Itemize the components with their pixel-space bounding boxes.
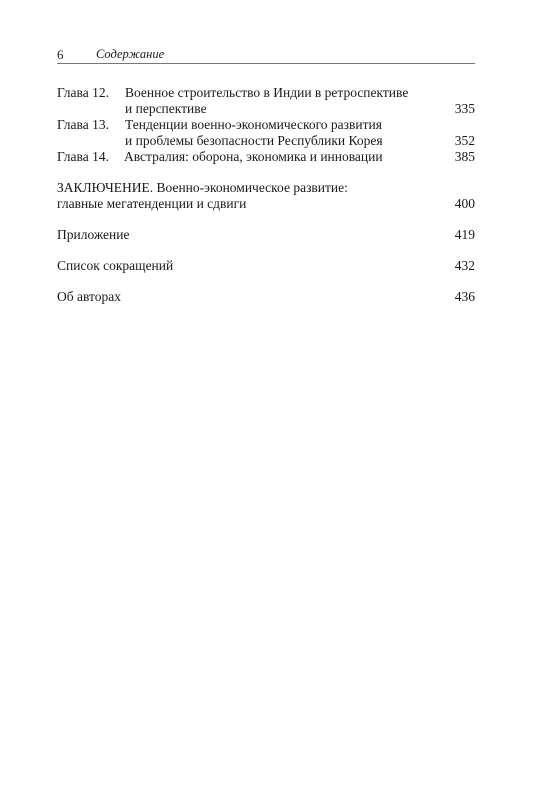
running-header: 6 Содержание <box>57 46 475 64</box>
entry-page-number: 335 <box>455 101 475 117</box>
table-of-contents: Глава 12. Военное строительство в Индии … <box>57 85 475 305</box>
chapter-label: Глава 14. <box>57 149 109 165</box>
entry-title-line: и проблемы безопасности Республики Корея <box>125 133 425 149</box>
entry-page-number: 400 <box>455 196 475 212</box>
entry-page-number: 419 <box>455 227 475 243</box>
entry-title-line: Приложение <box>57 227 425 243</box>
entry-page-number: 432 <box>455 258 475 274</box>
toc-entry-conclusion[interactable]: ЗАКЛЮЧЕНИЕ. Военно-экономическое развити… <box>57 180 475 212</box>
toc-entry-chapter-13[interactable]: Глава 13. Тенденции военно-экономическог… <box>57 117 475 149</box>
toc-entry-chapter-12[interactable]: Глава 12. Военное строительство в Индии … <box>57 85 475 117</box>
page-number: 6 <box>57 47 64 63</box>
running-title: Содержание <box>96 47 164 62</box>
entry-title-line: Об авторах <box>57 289 425 305</box>
entry-page-number: 385 <box>455 149 475 165</box>
entry-page-number: 352 <box>455 133 475 149</box>
entry-page-number: 436 <box>455 289 475 305</box>
entry-title-line: главные мегатенденции и сдвиги <box>57 196 425 212</box>
chapter-label: Глава 13. <box>57 117 109 133</box>
entry-title-line: Тенденции военно-экономического развития <box>125 117 425 133</box>
toc-entry-appendix[interactable]: Приложение 419 <box>57 227 475 243</box>
toc-entry-authors[interactable]: Об авторах 436 <box>57 289 475 305</box>
entry-title-line: Список сокращений <box>57 258 425 274</box>
entry-title-line: Австралия: оборона, экономика и инноваци… <box>124 149 425 165</box>
toc-entry-abbreviations[interactable]: Список сокращений 432 <box>57 258 475 274</box>
entry-title-line: Военное строительство в Индии в ретроспе… <box>125 85 425 101</box>
chapter-label: Глава 12. <box>57 85 109 101</box>
toc-entry-chapter-14[interactable]: Глава 14. Австралия: оборона, экономика … <box>57 149 475 165</box>
entry-title-line: и перспективе <box>125 101 425 117</box>
entry-title-line: ЗАКЛЮЧЕНИЕ. Военно-экономическое развити… <box>57 180 425 196</box>
